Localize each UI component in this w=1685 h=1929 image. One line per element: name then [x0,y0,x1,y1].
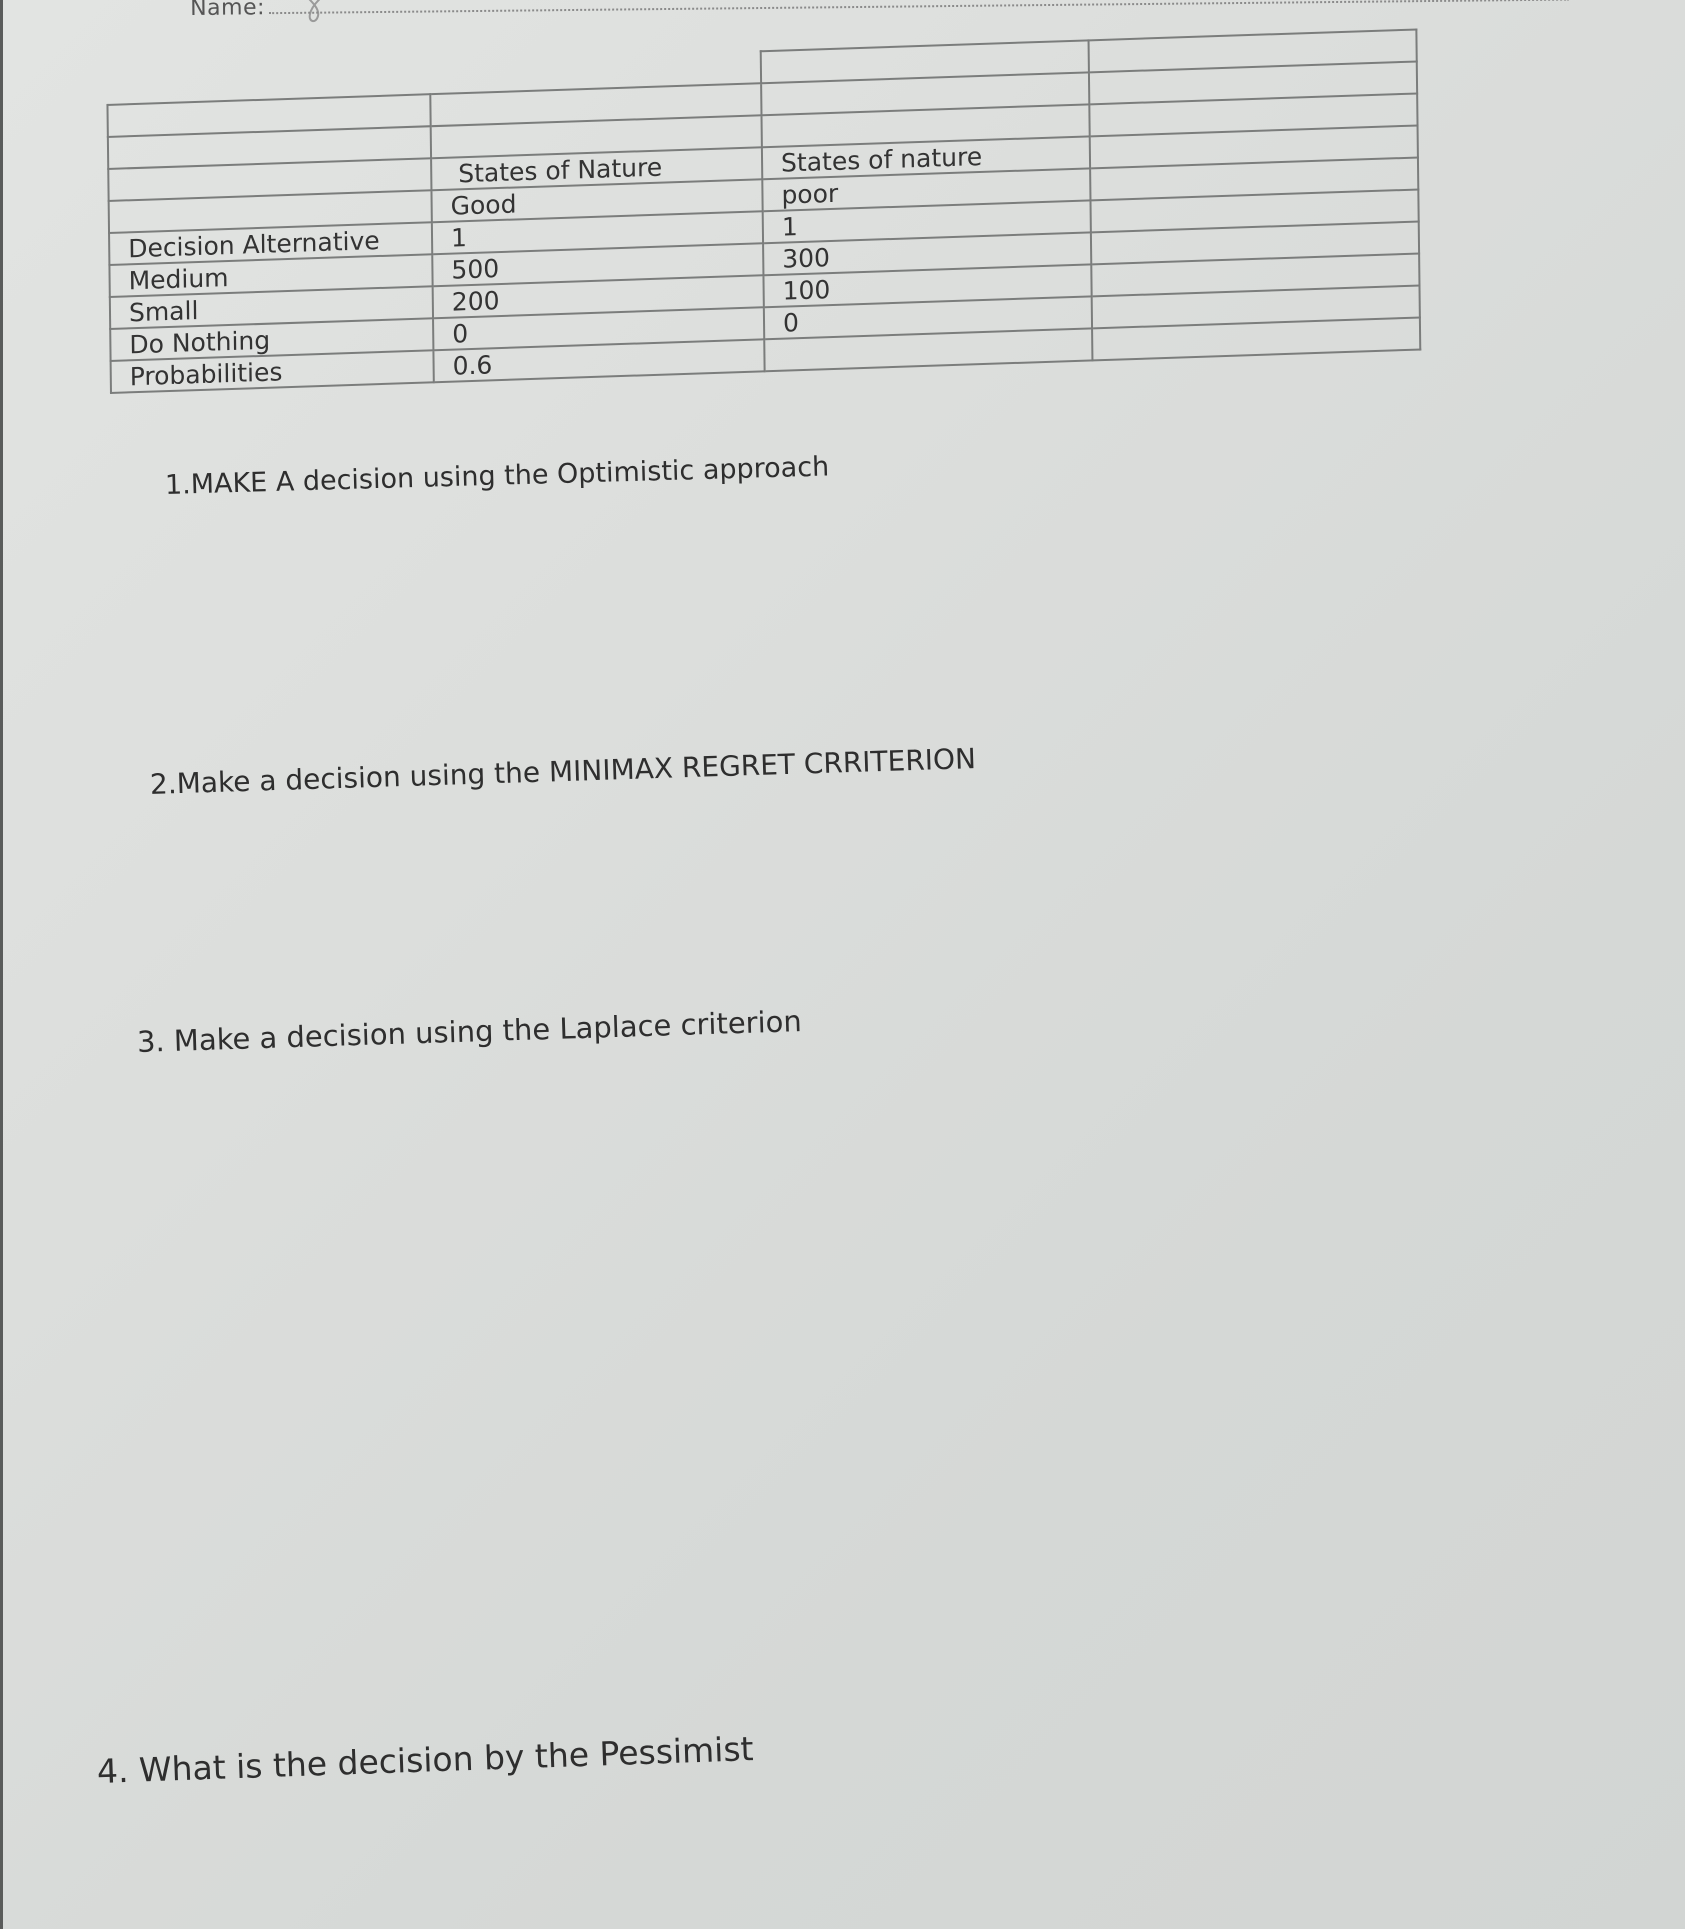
payoff-table-container: States of Nature States of nature Good p… [106,28,1421,394]
page-edge-shadow [0,0,3,1929]
question-3-laplace: 3. Make a decision using the Laplace cri… [136,1004,802,1059]
question-4-pessimist: 4. What is the decision by the Pessimist [96,1729,754,1791]
name-label: Name: [190,0,265,21]
payoff-table: States of Nature States of nature Good p… [106,28,1421,394]
name-field[interactable]: Name: [190,0,1569,21]
question-1-optimistic: 1.MAKE A decision using the Optimistic a… [165,451,830,501]
name-blank-line [269,0,1569,14]
question-2-minimax-regret: 2.Make a decision using the MINIMAX REGR… [149,742,976,801]
